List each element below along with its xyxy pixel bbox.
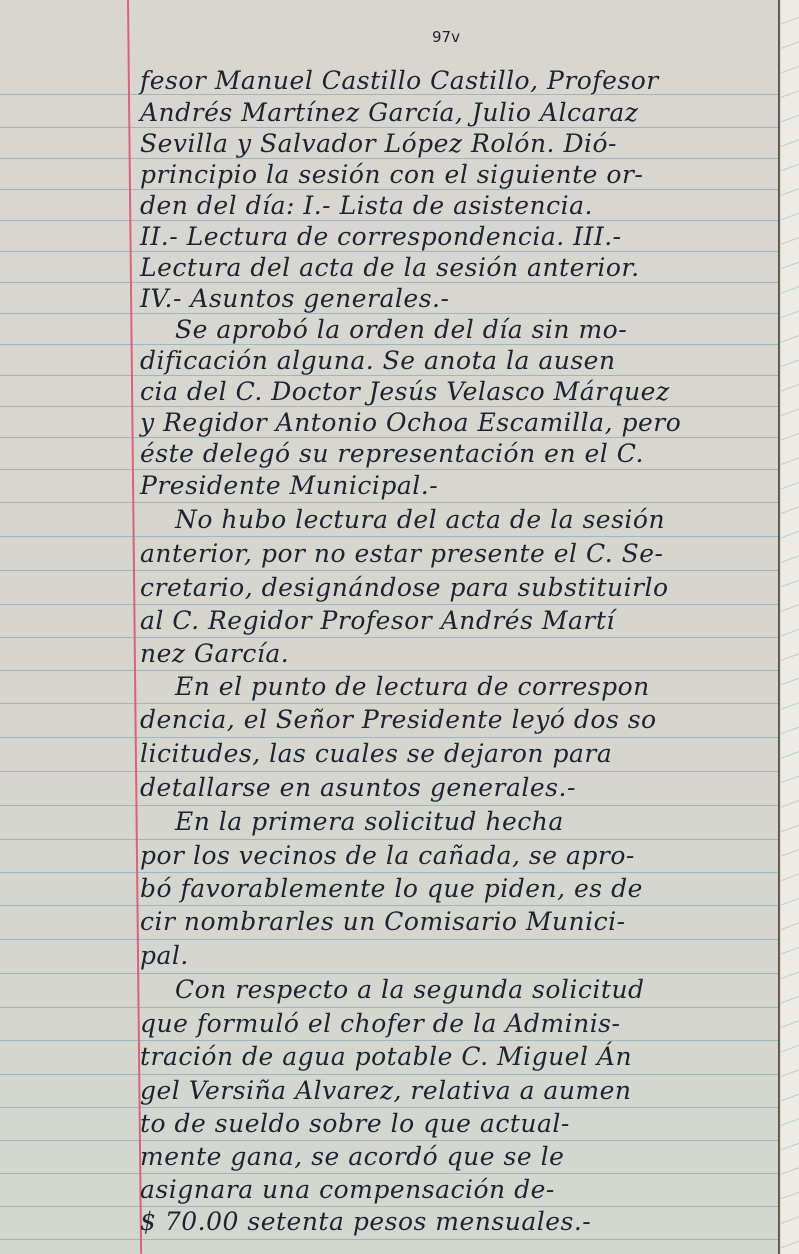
text-line: Sevilla y Salvador López Rolón. Dió- [140,129,617,158]
rule-line [0,375,780,376]
rule-line [0,604,780,605]
rule-line [0,158,780,159]
text-line: éste delegó su representación en el C. [140,439,644,468]
text-line: $ 70.00 setenta pesos mensuales.- [140,1207,591,1236]
rule-line [0,1173,780,1174]
text-line: En el punto de lectura de correspon [175,672,650,701]
text-line: mente gana, se acordó que se le [140,1142,564,1171]
rule-line [0,251,780,252]
rule-line [0,905,780,906]
text-line: to de sueldo sobre lo que actual- [140,1109,570,1138]
text-line: II.- Lectura de correspondencia. III.- [140,222,622,251]
rule-line [0,1040,780,1041]
text-line: No hubo lectura del acta de la sesión [175,505,665,534]
text-line: que formuló el chofer de la Adminis- [140,1009,620,1038]
rule-line [0,839,780,840]
rule-line [0,502,780,503]
rule-line [0,570,780,571]
rule-line [0,1140,780,1141]
text-line: Con respecto a la segunda solicitud [175,975,645,1004]
text-line: dificación alguna. Se anota la ausen [140,346,616,375]
text-line: Se aprobó la orden del día sin mo- [175,315,627,344]
text-line: pal. [140,941,189,970]
page-edge [778,0,780,1254]
rule-line [0,437,780,438]
notebook-page: 97v fesor Manuel Castillo Castillo, Prof… [0,0,780,1254]
text-line: cretario, designándose para substituirlo [140,573,669,602]
rule-line [0,282,780,283]
text-line: y Regidor Antonio Ochoa Escamilla, pero [140,408,681,437]
text-line: gel Versiña Alvarez, relativa a aumen [140,1076,632,1105]
text-line: IV.- Asuntos generales.- [140,284,449,313]
text-line: Presidente Municipal.- [140,471,438,500]
text-line: bó favorablemente lo que piden, es de [140,874,643,903]
rule-line [0,1007,780,1008]
text-line: den del día: I.- Lista de asistencia. [140,191,593,220]
rule-line [0,872,780,873]
rule-line [0,737,780,738]
text-line: nez García. [140,639,289,668]
rule-line [0,127,780,128]
rule-line [0,805,780,806]
text-line: asignara una compensación de- [140,1175,555,1204]
rule-line [0,406,780,407]
text-line: En la primera solicitud hecha [175,807,564,836]
rule-line [0,313,780,314]
rule-line [0,973,780,974]
text-line: cia del C. Doctor Jesús Velasco Márquez [140,377,670,406]
text-line: al C. Regidor Profesor Andrés Martí [140,606,615,635]
rule-line [0,344,780,345]
text-line: dencia, el Señor Presidente leyó dos so [140,705,657,734]
rule-line [0,1074,780,1075]
text-line: fesor Manuel Castillo Castillo, Profesor [140,66,659,95]
text-line: por los vecinos de la cañada, se apro- [140,841,635,870]
rule-line [0,469,780,470]
rule-line [0,1239,780,1240]
text-line: Lectura del acta de la sesión anterior. [140,253,640,282]
rule-line [0,1107,780,1108]
rule-line [0,939,780,940]
rule-line [0,771,780,772]
text-line: detallarse en asuntos generales.- [140,773,576,802]
rule-line [0,703,780,704]
rule-line [0,220,780,221]
text-line: tración de agua potable C. Miguel Án [140,1042,632,1071]
text-line: licitudes, las cuales se dejaron para [140,739,612,768]
text-line: principio la sesión con el siguiente or- [140,160,643,189]
text-line: Andrés Martínez García, Julio Alcaraz [140,98,638,127]
rule-line [0,670,780,671]
rule-line [0,536,780,537]
next-page-sliver [781,0,799,1254]
text-line: anterior, por no estar presente el C. Se… [140,539,663,568]
page-number: 97v [432,28,460,46]
text-line: cir nombrarles un Comisario Munici- [140,907,626,936]
rule-line [0,637,780,638]
rule-line [0,189,780,190]
